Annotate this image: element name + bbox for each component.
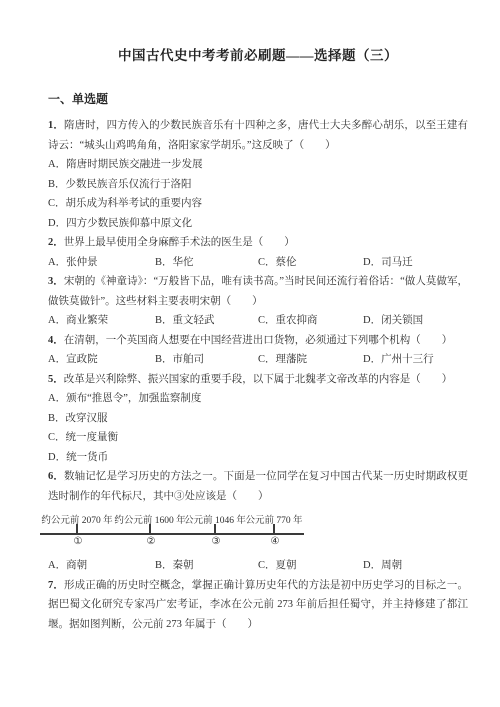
timeline-marker-3: ③ bbox=[212, 536, 221, 547]
question-1-option-d: D．四方少数民族仰慕中原文化 bbox=[48, 214, 468, 234]
question-1-number: 1． bbox=[48, 120, 64, 131]
question-4-body: 在清朝，一个英国商人想要在中国经营进出口货物，必须通过下列哪个机构（ ） bbox=[64, 335, 453, 346]
question-2-number: 2． bbox=[48, 237, 64, 248]
timeline-tick-1 bbox=[76, 524, 78, 534]
question-2-body: 世界上最早使用全身麻醉手术法的医生是（ ） bbox=[64, 237, 295, 248]
question-2-option-a: A．张仲景 bbox=[48, 253, 155, 273]
question-5-option-d: D．统一货币 bbox=[48, 448, 468, 468]
timeline-marker-4: ④ bbox=[271, 536, 280, 547]
question-1-option-c: C．胡乐成为科举考试的重要内容 bbox=[48, 194, 468, 214]
question-5-option-a: A．颁布“推恩令”，加强监察制度 bbox=[48, 389, 468, 409]
question-2-text: 2．世界上最早使用全身麻醉手术法的医生是（ ） bbox=[48, 233, 468, 253]
question-3-number: 3． bbox=[48, 276, 64, 287]
question-5-body: 改革是兴利除弊、振兴国家的重要手段，以下属于北魏孝文帝改革的内容是（ ） bbox=[64, 374, 453, 385]
question-6-text: 6．数轴记忆是学习历史的方法之一。下面是一位同学在复习中国古代某一历史时期政权更… bbox=[48, 467, 468, 506]
question-1-option-b: B．少数民族音乐仅流行于洛阳 bbox=[48, 175, 468, 195]
question-1-body: 隋唐时，四方传入的少数民族音乐有十四种之多，唐代士大夫多醉心胡乐，以至王建有诗云… bbox=[48, 120, 468, 151]
question-3-option-c: C．重农抑商 bbox=[258, 311, 363, 331]
question-3-body: 宋朝的《神童诗》：“万般皆下品，唯有读书高。”当时民间还流行着俗话：“做人莫做军… bbox=[48, 276, 468, 307]
question-7-body: 形成正确的历史时空概念，掌握正确计算历史年代的方法是初中历史学习的目标之一。据巴… bbox=[48, 580, 468, 630]
section-heading: 一、单选题 bbox=[48, 90, 468, 107]
question-2-options: A．张仲景 B．华佗 C．蔡伦 D．司马迁 bbox=[48, 253, 468, 273]
question-6-number: 6． bbox=[48, 471, 64, 482]
timeline-tick-3 bbox=[214, 524, 216, 534]
question-1-option-a: A．隋唐时期民族交融进一步发展 bbox=[48, 155, 468, 175]
timeline-tick-4 bbox=[273, 524, 275, 534]
question-1: 1．隋唐时，四方传入的少数民族音乐有十四种之多，唐代士大夫多醉心胡乐，以至王建有… bbox=[48, 116, 468, 233]
timeline-figure: 约公元前 2070 年 约公元前 1600 年 公元前 1046 年 公元前 7… bbox=[48, 509, 348, 556]
question-6-option-b: B．秦朝 bbox=[155, 556, 258, 576]
question-3-option-a: A．商业繁荣 bbox=[48, 311, 155, 331]
question-4-option-a: A．宣政院 bbox=[48, 350, 155, 370]
question-4-text: 4．在清朝，一个英国商人想要在中国经营进出口货物，必须通过下列哪个机构（ ） bbox=[48, 331, 468, 351]
question-1-text: 1．隋唐时，四方传入的少数民族音乐有十四种之多，唐代士大夫多醉心胡乐，以至王建有… bbox=[48, 116, 468, 155]
question-3-options: A．商业繁荣 B．重文轻武 C．重农抑商 D．闭关锁国 bbox=[48, 311, 468, 331]
timeline-axis bbox=[40, 533, 304, 535]
timeline-tick-2 bbox=[149, 524, 151, 534]
question-4-number: 4． bbox=[48, 335, 64, 346]
page-title: 中国古代史中考考前必刷题——选择题（三） bbox=[48, 44, 468, 64]
question-6-option-a: A．商朝 bbox=[48, 556, 155, 576]
question-5: 5．改革是兴利除弊、振兴国家的重要手段，以下属于北魏孝文帝改革的内容是（ ） A… bbox=[48, 370, 468, 468]
question-2: 2．世界上最早使用全身麻醉手术法的医生是（ ） A．张仲景 B．华佗 C．蔡伦 … bbox=[48, 233, 468, 272]
question-4-option-b: B．市舶司 bbox=[155, 350, 258, 370]
question-5-number: 5． bbox=[48, 374, 64, 385]
question-5-text: 5．改革是兴利除弊、振兴国家的重要手段，以下属于北魏孝文帝改革的内容是（ ） bbox=[48, 370, 468, 390]
question-2-option-d: D．司马迁 bbox=[363, 253, 468, 273]
question-4: 4．在清朝，一个英国商人想要在中国经营进出口货物，必须通过下列哪个机构（ ） A… bbox=[48, 331, 468, 370]
question-2-option-c: C．蔡伦 bbox=[258, 253, 363, 273]
question-5-option-c: C．统一度量衡 bbox=[48, 428, 468, 448]
question-3-option-b: B．重文轻武 bbox=[155, 311, 258, 331]
question-4-option-d: D．广州十三行 bbox=[363, 350, 468, 370]
question-5-option-b: B．改穿汉服 bbox=[48, 409, 468, 429]
question-4-option-c: C．理藩院 bbox=[258, 350, 363, 370]
question-6-options: A．商朝 B．秦朝 C．夏朝 D．周朝 bbox=[48, 556, 468, 576]
question-3: 3．宋朝的《神童诗》：“万般皆下品，唯有读书高。”当时民间还流行着俗话：“做人莫… bbox=[48, 272, 468, 331]
question-3-text: 3．宋朝的《神童诗》：“万般皆下品，唯有读书高。”当时民间还流行着俗话：“做人莫… bbox=[48, 272, 468, 311]
question-6: 6．数轴记忆是学习历史的方法之一。下面是一位同学在复习中国古代某一历史时期政权更… bbox=[48, 467, 468, 576]
document-page: 中国古代史中考考前必刷题——选择题（三） 一、单选题 1．隋唐时，四方传入的少数… bbox=[0, 0, 500, 707]
question-3-option-d: D．闭关锁国 bbox=[363, 311, 468, 331]
question-7-number: 7． bbox=[48, 580, 64, 591]
question-7: 7．形成正确的历史时空概念，掌握正确计算历史年代的方法是初中历史学习的目标之一。… bbox=[48, 576, 468, 635]
question-6-option-c: C．夏朝 bbox=[258, 556, 363, 576]
timeline-marker-1: ① bbox=[74, 536, 83, 547]
question-6-option-d: D．周朝 bbox=[363, 556, 468, 576]
timeline-marker-2: ② bbox=[147, 536, 156, 547]
question-2-option-b: B．华佗 bbox=[155, 253, 258, 273]
question-6-body: 数轴记忆是学习历史的方法之一。下面是一位同学在复习中国古代某一历史时期政权更迭时… bbox=[48, 471, 468, 502]
question-7-text: 7．形成正确的历史时空概念，掌握正确计算历史年代的方法是初中历史学习的目标之一。… bbox=[48, 576, 468, 635]
question-4-options: A．宣政院 B．市舶司 C．理藩院 D．广州十三行 bbox=[48, 350, 468, 370]
